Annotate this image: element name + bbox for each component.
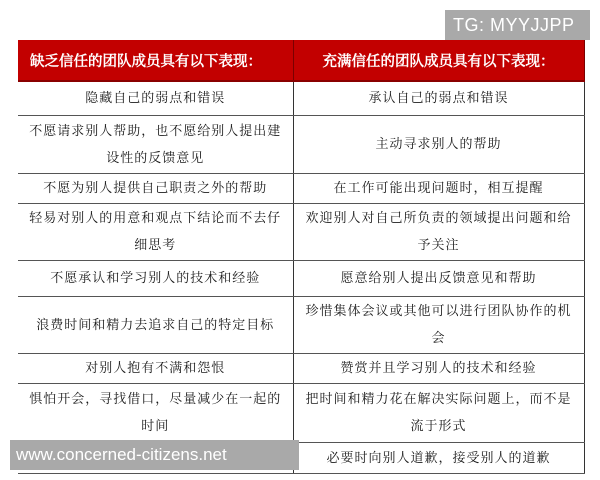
cell-lacking-trust: 不愿承认和学习别人的技术和经验 <box>18 261 293 297</box>
cell-lacking-trust: 不愿请求别人帮助，也不愿给别人提出建设性的反馈意见 <box>18 116 293 174</box>
table-row: 轻易对别人的用意和观点下结论而不去仔细思考 欢迎别人对自己所负责的领域提出问题和… <box>18 204 584 261</box>
cell-full-trust: 在工作可能出现问题时，相互提醒 <box>293 174 584 204</box>
table-row: 惧怕开会，寻找借口，尽量减少在一起的时间 把时间和精力花在解决实际问题上，而不是… <box>18 384 584 443</box>
table-row: 隐藏自己的弱点和错误 承认自己的弱点和错误 <box>18 81 584 116</box>
cell-full-trust: 欢迎别人对自己所负责的领域提出问题和给予关注 <box>293 204 584 261</box>
comparison-table: 缺乏信任的团队成员具有以下表现： 充满信任的团队成员具有以下表现： 隐藏自己的弱… <box>18 40 585 474</box>
cell-lacking-trust: 隐藏自己的弱点和错误 <box>18 81 293 116</box>
table-row: 不愿为别人提供自己职责之外的帮助 在工作可能出现问题时，相互提醒 <box>18 174 584 204</box>
table-header-row: 缺乏信任的团队成员具有以下表现： 充满信任的团队成员具有以下表现： <box>18 40 584 81</box>
cell-full-trust: 赞赏并且学习别人的技术和经验 <box>293 354 584 384</box>
cell-full-trust: 主动寻求别人的帮助 <box>293 116 584 174</box>
cell-full-trust: 把时间和精力花在解决实际问题上，而不是流于形式 <box>293 384 584 443</box>
cell-full-trust: 愿意给别人提出反馈意见和帮助 <box>293 261 584 297</box>
watermark-url: www.concerned-citizens.net <box>10 440 299 470</box>
cell-full-trust: 必要时向别人道歉，接受别人的道歉 <box>293 443 584 474</box>
table-row: 对别人抱有不满和怨恨 赞赏并且学习别人的技术和经验 <box>18 354 584 384</box>
cell-full-trust: 承认自己的弱点和错误 <box>293 81 584 116</box>
cell-lacking-trust: 轻易对别人的用意和观点下结论而不去仔细思考 <box>18 204 293 261</box>
watermark-tg: TG: MYYJJPP <box>445 10 590 40</box>
cell-full-trust: 珍惜集体会议或其他可以进行团队协作的机会 <box>293 297 584 354</box>
cell-lacking-trust: 惧怕开会，寻找借口，尽量减少在一起的时间 <box>18 384 293 443</box>
header-lacking-trust: 缺乏信任的团队成员具有以下表现： <box>18 40 293 81</box>
header-full-trust: 充满信任的团队成员具有以下表现： <box>293 40 584 81</box>
table-row: 不愿承认和学习别人的技术和经验 愿意给别人提出反馈意见和帮助 <box>18 261 584 297</box>
table-row: 浪费时间和精力去追求自己的特定目标 珍惜集体会议或其他可以进行团队协作的机会 <box>18 297 584 354</box>
cell-lacking-trust: 浪费时间和精力去追求自己的特定目标 <box>18 297 293 354</box>
table-row: 不愿请求别人帮助，也不愿给别人提出建设性的反馈意见 主动寻求别人的帮助 <box>18 116 584 174</box>
cell-lacking-trust: 不愿为别人提供自己职责之外的帮助 <box>18 174 293 204</box>
cell-lacking-trust: 对别人抱有不满和怨恨 <box>18 354 293 384</box>
